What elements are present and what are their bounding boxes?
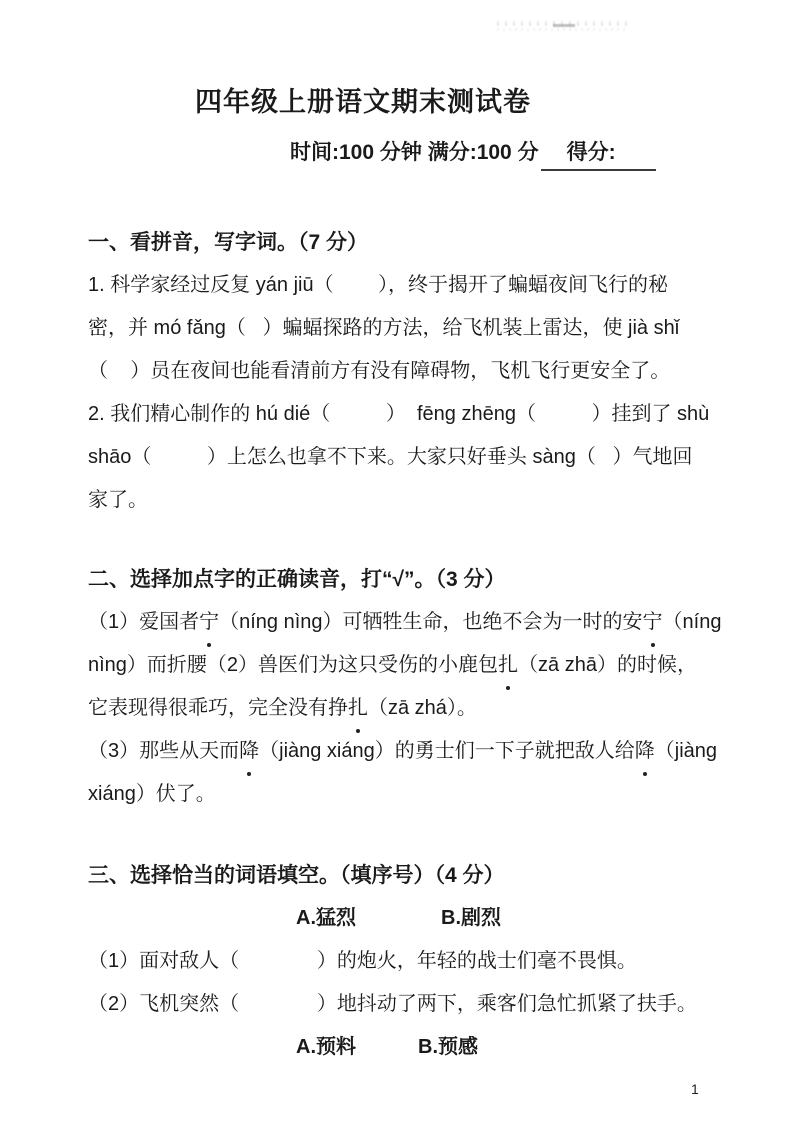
section-3: 三、选择恰当的词语填空。（填序号）（4 分） A.猛烈B.剧烈 （1）面对敌人（…	[88, 854, 733, 1069]
score-blank-field: 得分:	[541, 138, 656, 171]
section-2-line: xiáng）伏了。	[88, 773, 733, 816]
option-a-label: A.预料	[296, 1036, 356, 1058]
emphasis-dotted-char: 宁	[643, 601, 663, 644]
time-fullscore-text: 时间:100 分钟 满分:100 分	[290, 141, 539, 164]
section-1: 一、看拼音，写字词。（7 分） 1. 科学家经过反复 yán jiū（ ），终于…	[88, 221, 733, 522]
section-3-options-row-2: A.预料B.预感	[88, 1026, 733, 1069]
section-1-line: shāo（ ）上怎么也拿不下来。大家只好垂头 sàng（ ）气地回	[88, 436, 733, 479]
text-segment: （zā zhā）的时候，	[518, 654, 697, 676]
text-segment: （zā zhá）。	[368, 697, 477, 719]
exam-meta-line: 时间:100 分钟 满分:100 分得分:	[290, 138, 733, 171]
emphasis-dotted-char: 降	[239, 730, 259, 773]
section-2-line: nìng）而折腰（2）兽医们为这只受伤的小鹿包扎（zā zhā）的时候，	[88, 644, 733, 687]
exam-content: 四年级上册语文期末测试卷 时间:100 分钟 满分:100 分得分: 一、看拼音…	[0, 0, 793, 1069]
section-2: 二、选择加点字的正确读音，打“√”。（3 分） （1）爱国者宁（níng nìn…	[88, 558, 733, 816]
section-2-heading: 二、选择加点字的正确读音，打“√”。（3 分）	[88, 558, 733, 601]
section-3-options-row-1: A.猛烈B.剧烈	[88, 897, 733, 940]
option-b-label: B.预感	[418, 1036, 478, 1058]
section-1-line: （ ）员在夜间也能看清前方有没有障碍物，飞机飞行更安全了。	[88, 350, 733, 393]
section-3-heading: 三、选择恰当的词语填空。（填序号）（4 分）	[88, 854, 733, 897]
section-1-line: 1. 科学家经过反复 yán jiū（ ），终于揭开了蝙蝠夜间飞行的秘	[88, 264, 733, 307]
page-number: 1	[691, 1080, 699, 1098]
section-3-line: （1）面对敌人（ ）的炮火，年轻的战士们毫不畏惧。	[88, 940, 733, 983]
emphasis-dotted-char: 扎	[498, 644, 518, 687]
text-segment: （1）爱国者	[88, 611, 199, 633]
option-b-label: B.剧烈	[441, 907, 501, 929]
text-segment: 它表现得很乖巧，完全没有挣	[88, 697, 348, 719]
text-segment: （jiàng	[655, 740, 717, 762]
exam-title: 四年级上册语文期末测试卷	[195, 84, 733, 120]
text-segment: （níng	[663, 611, 722, 633]
section-2-line: （3）那些从天而降（jiàng xiáng）的勇士们一下子就把敌人给降（jiàn…	[88, 730, 733, 773]
section-1-line: 家了。	[88, 479, 733, 522]
emphasis-dotted-char: 扎	[348, 687, 368, 730]
section-2-line: 它表现得很乖巧，完全没有挣扎（zā zhá）。	[88, 687, 733, 730]
section-3-line: （2）飞机突然（ ）地抖动了两下，乘客们急忙抓紧了扶手。	[88, 983, 733, 1026]
text-segment: nìng）而折腰（2）兽医们为这只受伤的小鹿包	[88, 654, 498, 676]
section-1-line: 密，并 mó fǎng（ ）蝙蝠探路的方法，给飞机装上雷达，使 jià shǐ	[88, 307, 733, 350]
emphasis-dotted-char: 宁	[199, 601, 219, 644]
scan-artifact	[497, 21, 629, 33]
text-segment: xiáng）伏了。	[88, 783, 216, 805]
option-a-label: A.猛烈	[296, 907, 356, 929]
text-segment: （3）那些从天而	[88, 740, 239, 762]
section-1-line: 2. 我们精心制作的 hú dié（ ） fēng zhēng（ ）挂到了 sh…	[88, 393, 733, 436]
scan-artifact-row	[497, 28, 629, 31]
emphasis-dotted-char: 降	[635, 730, 655, 773]
scan-artifact-dash	[553, 24, 575, 27]
exam-paper-page: 四年级上册语文期末测试卷 时间:100 分钟 满分:100 分得分: 一、看拼音…	[0, 0, 793, 1122]
section-1-heading: 一、看拼音，写字词。（7 分）	[88, 221, 733, 264]
text-segment: （níng nìng）可牺牲生命，也绝不会为一时的安	[219, 611, 642, 633]
text-segment: （jiàng xiáng）的勇士们一下子就把敌人给	[259, 740, 635, 762]
section-2-line: （1）爱国者宁（níng nìng）可牺牲生命，也绝不会为一时的安宁（níng	[88, 601, 733, 644]
